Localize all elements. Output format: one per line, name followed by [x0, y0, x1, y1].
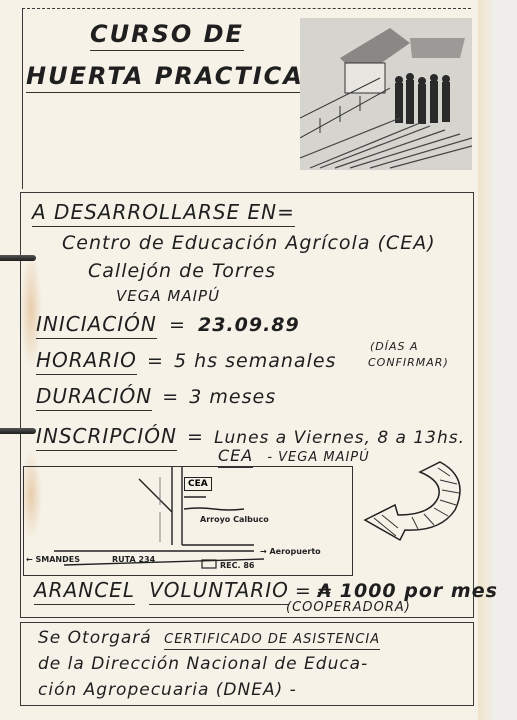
- field-sep: =: [162, 386, 179, 408]
- paper-edge: [478, 0, 492, 720]
- location-line-2: Callejón de Torres: [88, 260, 276, 282]
- certificate-line-1b: CERTIFICADO DE ASISTENCIA: [164, 632, 380, 650]
- fee-value: ₳ 1000 por mes: [318, 580, 498, 602]
- field-label: INSCRIPCIÓN: [36, 424, 177, 451]
- map-stream-label: Arroyo Calbuco: [200, 515, 269, 524]
- field-sep: =: [147, 350, 164, 372]
- inscripcion-place-a: CEA: [218, 446, 253, 468]
- location-label: A DESARROLLARSE EN=: [32, 200, 295, 224]
- certificate-line-1: Se Otorgará CERTIFICADO DE ASISTENCIA: [38, 628, 380, 648]
- garden-illustration: [300, 18, 472, 170]
- location-label-text: A DESARROLLARSE EN=: [32, 200, 295, 227]
- location-line-3: VEGA MAIPÚ: [116, 287, 220, 305]
- fee-sep: =: [295, 580, 312, 602]
- field-label: DURACIÓN: [36, 384, 152, 411]
- fee-label-a: ARANCEL: [34, 578, 135, 605]
- field-iniciacion: INICIACIÓN = 23.09.89: [36, 312, 300, 336]
- horario-note-2: CONFIRMAR): [368, 356, 449, 369]
- title-text-1: CURSO DE: [90, 20, 244, 51]
- field-value: 3 meses: [189, 386, 276, 408]
- field-sep: =: [169, 314, 186, 336]
- binder-ring: [0, 428, 36, 434]
- binder-ring: [0, 255, 36, 261]
- inscripcion-place-b: - VEGA MAIPÚ: [267, 450, 369, 465]
- location-map: CEA Arroyo Calbuco RUTA 234 ← SMANDES → …: [23, 466, 353, 576]
- field-label: HORARIO: [36, 348, 137, 375]
- field-value: 5 hs semanales: [174, 350, 336, 372]
- curved-arrow-icon: [360, 460, 470, 550]
- certificate-line-2: de la Dirección Nacional de Educa-: [38, 654, 368, 674]
- title-text-2: HUERTA PRACTICA: [26, 62, 304, 93]
- field-sep: =: [187, 426, 204, 448]
- field-value: Lunes a Viernes, 8 a 13hs.: [214, 428, 465, 448]
- fee-label-b: VOLUNTARIO: [149, 578, 289, 605]
- map-cea-box: CEA: [184, 477, 212, 491]
- fee-note: (COOPERADORA): [286, 600, 411, 615]
- map-right-direction: → Aeropuerto: [260, 547, 321, 556]
- fee-line: ARANCEL VOLUNTARIO = ₳ 1000 por mes: [34, 578, 498, 602]
- map-left-direction: ← SMANDES: [26, 555, 80, 564]
- field-inscripcion: INSCRIPCIÓN = Lunes a Viernes, 8 a 13hs.: [36, 424, 465, 448]
- title-line-1: CURSO DE: [90, 20, 244, 48]
- horario-note-1: (DÍAS A: [370, 340, 419, 353]
- location-line-1: Centro de Educación Agrícola (CEA): [62, 232, 436, 254]
- map-route-label: RUTA 234: [112, 555, 155, 564]
- title-line-2: HUERTA PRACTICA: [26, 62, 304, 90]
- certificate-line-3: ción Agropecuaria (DNEA) -: [38, 680, 297, 700]
- certificate-line-1a: Se Otorgará: [38, 628, 152, 648]
- field-horario: HORARIO = 5 hs semanales: [36, 348, 336, 372]
- map-bus-label: REC. 86: [220, 561, 254, 570]
- field-label: INICIACIÓN: [36, 312, 157, 339]
- field-value: 23.09.89: [198, 314, 300, 336]
- background: [492, 0, 517, 720]
- field-duracion: DURACIÓN = 3 meses: [36, 384, 276, 408]
- inscripcion-place: CEA - VEGA MAIPÚ: [218, 446, 370, 465]
